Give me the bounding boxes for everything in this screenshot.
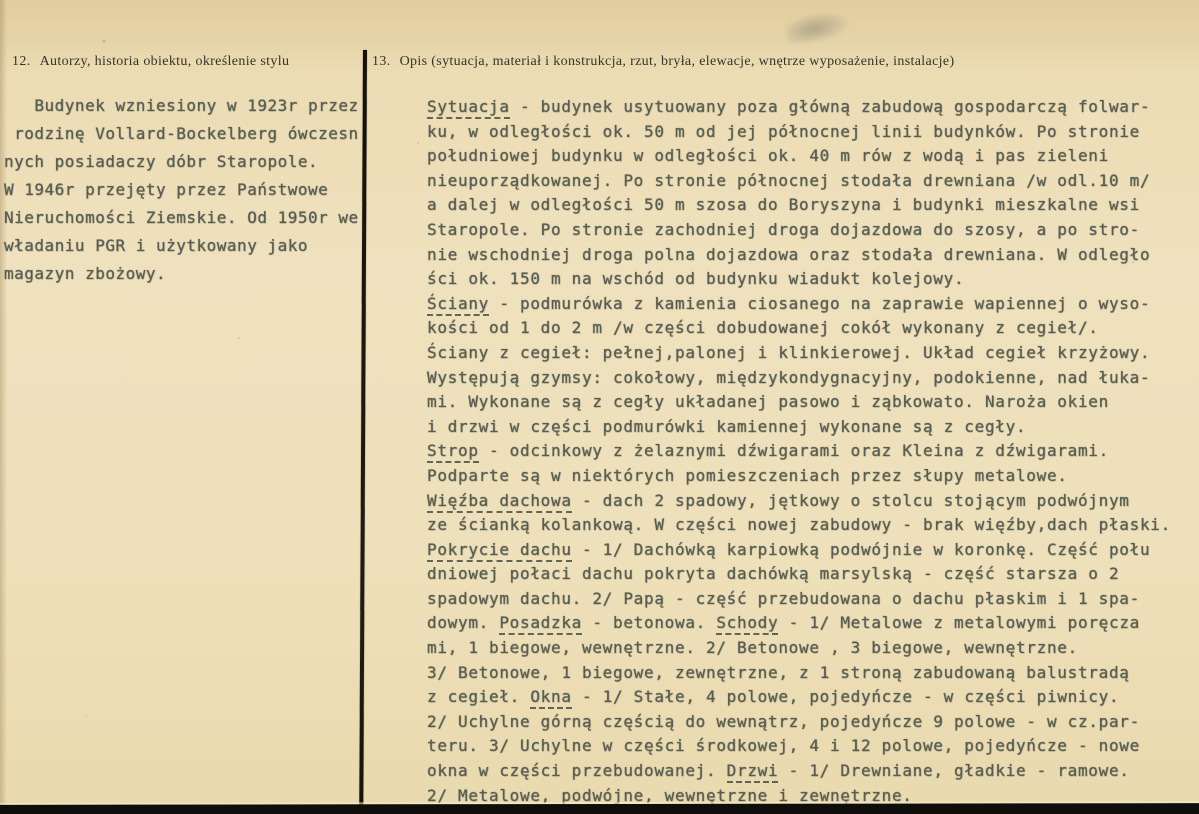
text-segment: ści ok. 150 m na wschód od budynku wiadu… [427,269,964,288]
description-line: Ściany z cegieł: pełnej,palonej i klinki… [427,341,1199,366]
text-segment: Ściany z cegieł: pełnej,palonej i klinki… [427,343,1150,362]
text-segment: - 1/ Dachówką karpiowką podwójnie w koro… [572,540,1151,559]
description-line: Więźba dachowa - dach 2 spadowy, jętkowy… [427,489,1199,514]
text-segment: - odcinkowy z żelaznymi dźwigarami oraz … [479,441,1109,460]
text-segment: 2/ Metalowe, podwójne, wewnętrzne i zewn… [427,786,913,805]
text-segment: 2/ Uchylne górną częścią do wewnątrz, po… [427,712,1140,731]
description-line: południowej budynku w odległości ok. 40 … [427,144,1199,169]
description-line: ku, w odległości ok. 50 m od jej północn… [427,120,1199,145]
text-segment: mi, 1 biegowe, wewnętrzne. 2/ Betonowe ,… [427,638,1078,657]
text-segment: z cegieł. [427,687,530,706]
underlined-term: Schody [716,613,778,635]
underlined-term: Pokrycie dachu [427,540,572,562]
field-13-label: Opis (sytuacja, materiał i konstrukcja, … [400,54,955,69]
underlined-term: Posadzka [499,613,582,635]
text-segment: a dalej w odległości 50 m szosa do Borys… [427,195,1140,214]
field-13-number: 13. [372,54,391,69]
text-segment: okna w części przebudowanej. [427,761,727,780]
description-text: Sytuacja - budynek usytuowany poza główn… [427,95,1199,808]
text-segment: - 1/ Metalowe z metalowymi poręcza [778,613,1140,632]
underlined-term: Drzwi [727,761,779,783]
history-text: Budynek wzniesiony w 1923r przez rodzinę… [4,92,364,288]
description-line: ści ok. 150 m na wschód od budynku wiadu… [427,267,1199,292]
text-segment: - podmurówka z kamienia ciosanego na zap… [489,294,1150,313]
description-line: ze ścianką kolankową. W części nowej zab… [427,513,1199,538]
history-line: władaniu PGR i użytkowany jako [4,232,364,260]
history-line: rodzinę Vollard-Bockelberg ówczesn [4,120,364,148]
description-line: 2/ Uchylne górną częścią do wewnątrz, po… [427,710,1199,735]
text-segment: mi. Wykonane są z cegły układanej pasowo… [427,392,1109,411]
description-line: Występują gzymsy: cokołowy, międzykondyg… [427,366,1199,391]
history-line: nych posiadaczy dóbr Staropole. [4,148,364,176]
description-line: Staropole. Po stronie zachodniej droga d… [427,218,1199,243]
text-segment: - betonowa. [582,613,716,632]
description-line: kości od 1 do 2 m /w części dobudowanej … [427,316,1199,341]
text-segment: Podparte są w niektórych pomieszczeniach… [427,466,1068,485]
history-line: Budynek wzniesiony w 1923r przez [4,92,364,120]
field-12-header: 12.Autorzy, historia obiektu, określenie… [12,54,289,70]
description-line: teru. 3/ Uchylne w części środkowej, 4 i… [427,734,1199,759]
underlined-term: Ściany [427,294,489,316]
field-12-label: Autorzy, historia obiektu, określenie st… [40,54,290,69]
description-line: nieuporządkowanej. Po stronie północnej … [427,169,1199,194]
scan-bottom-edge [0,803,1199,814]
text-segment: - dach 2 spadowy, jętkowy o stolcu stoją… [572,491,1130,510]
underlined-term: Sytuacja [427,97,510,119]
description-line: Podparte są w niektórych pomieszczeniach… [427,464,1199,489]
text-segment: południowej budynku w odległości ok. 40 … [427,146,1109,165]
text-segment: nieuporządkowanej. Po stronie północnej … [427,171,1150,190]
field-12-number: 12. [12,54,31,69]
text-segment: dowym. [427,613,499,632]
text-segment: Występują gzymsy: cokołowy, międzykondyg… [427,368,1150,387]
text-segment: dniowej połaci dachu pokryta dachówką ma… [427,564,1119,583]
underlined-term: Więźba dachowa [427,491,572,513]
text-segment: nie wschodniej droga polna dojazdowa ora… [427,245,1150,264]
text-segment: Staropole. Po stronie zachodniej droga d… [427,220,1140,239]
text-segment: i drzwi w części podmurówki kamiennej wy… [427,417,1026,436]
description-line: spadowym dachu. 2/ Papą - część przebudo… [427,587,1199,612]
history-line: W 1946r przejęty przez Państwowe [4,176,364,204]
description-line: Sytuacja - budynek usytuowany poza główn… [427,95,1199,120]
description-line: okna w części przebudowanej. Drzwi - 1/ … [427,759,1199,784]
text-segment: ku, w odległości ok. 50 m od jej północn… [427,122,1140,141]
description-line: Ściany - podmurówka z kamienia ciosanego… [427,292,1199,317]
description-line: Pokrycie dachu - 1/ Dachówką karpiowką p… [427,538,1199,563]
text-segment: - 1/ Drewniane, gładkie - ramowe. [778,761,1129,780]
description-line: Strop - odcinkowy z żelaznymi dźwigarami… [427,439,1199,464]
text-segment: spadowym dachu. 2/ Papą - część przebudo… [427,589,1140,608]
text-segment: 3/ Betonowe, 1 biegowe, zewnętrzne, z 1 … [427,663,1130,682]
underlined-term: Strop [427,441,479,463]
ink-smudge [784,8,850,46]
history-line: magazyn zbożowy. [4,260,364,288]
description-line: mi, 1 biegowe, wewnętrzne. 2/ Betonowe ,… [427,636,1199,661]
description-line: z cegieł. Okna - 1/ Stałe, 4 polowe, poj… [427,685,1199,710]
history-line: Nieruchomości Ziemskie. Od 1950r we [4,204,364,232]
text-segment: ze ścianką kolankową. W części nowej zab… [427,515,1171,534]
text-segment: kości od 1 do 2 m /w części dobudowanej … [427,318,1099,337]
scanned-card-page: 12.Autorzy, historia obiektu, określenie… [0,0,1199,814]
text-segment: - 1/ Stałe, 4 polowe, pojedyńcze - w czę… [572,687,1120,706]
description-line: nie wschodniej droga polna dojazdowa ora… [427,243,1199,268]
description-line: 3/ Betonowe, 1 biegowe, zewnętrzne, z 1 … [427,661,1199,686]
description-line: i drzwi w części podmurówki kamiennej wy… [427,415,1199,440]
description-line: dniowej połaci dachu pokryta dachówką ma… [427,562,1199,587]
text-segment: teru. 3/ Uchylne w części środkowej, 4 i… [427,736,1140,755]
description-line: mi. Wykonane są z cegły układanej pasowo… [427,390,1199,415]
field-13-header: 13.Opis (sytuacja, materiał i konstrukcj… [372,54,954,70]
underlined-term: Okna [530,687,571,709]
description-line: dowym. Posadzka - betonowa. Schody - 1/ … [427,611,1199,636]
description-line: a dalej w odległości 50 m szosa do Borys… [427,193,1199,218]
text-segment: - budynek usytuowany poza główną zabudow… [510,97,1151,116]
